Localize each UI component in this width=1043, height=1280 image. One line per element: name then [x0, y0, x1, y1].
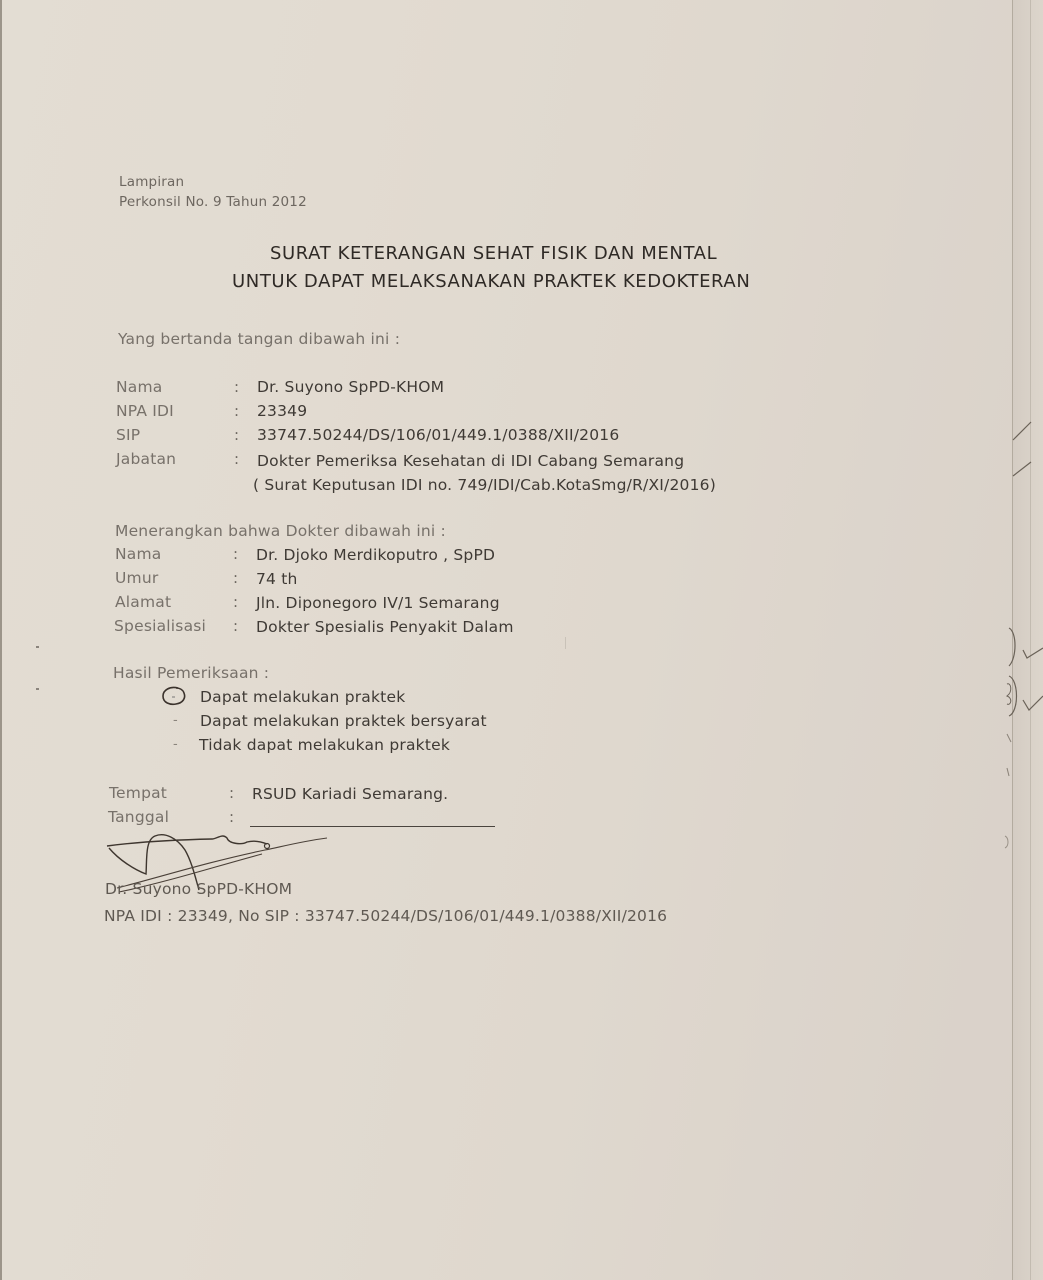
signer-npa-label: NPA IDI	[116, 402, 174, 420]
colon: :	[233, 545, 238, 563]
place-label: Tempat	[109, 784, 167, 802]
paper-speck	[565, 637, 566, 649]
paper-speck	[36, 688, 39, 690]
bullet: -	[173, 737, 178, 752]
colon: :	[234, 426, 239, 444]
colon: :	[234, 450, 239, 468]
document-title-line1: SURAT KETERANGAN SEHAT FISIK DAN MENTAL	[270, 243, 717, 264]
subject-name-value: Dr. Djoko Merdikoputro , SpPD	[256, 546, 495, 564]
subject-name-label: Nama	[115, 545, 162, 563]
margin-pen-marks-icon	[1003, 400, 1043, 860]
attachment-label: Lampiran	[119, 174, 184, 190]
colon: :	[233, 593, 238, 611]
intro-text: Yang bertanda tangan dibawah ini :	[118, 330, 400, 348]
subject-intro: Menerangkan bahwa Dokter dibawah ini :	[115, 522, 446, 540]
subject-specialty-value: Dokter Spesialis Penyakit Dalam	[256, 618, 514, 636]
bullet: -	[173, 713, 178, 728]
date-blank-line	[250, 826, 495, 827]
signer-sip-label: SIP	[116, 426, 140, 444]
subject-specialty-label: Spesialisasi	[114, 617, 206, 635]
colon: :	[233, 569, 238, 587]
regulation-reference: Perkonsil No. 9 Tahun 2012	[119, 194, 307, 210]
colon: :	[234, 402, 239, 420]
result-option-cannot-practice: Tidak dapat melakukan praktek	[199, 736, 450, 754]
date-label: Tanggal	[108, 808, 169, 826]
document-page: Lampiran Perkonsil No. 9 Tahun 2012 SURA…	[0, 0, 1014, 1280]
signature-credentials: NPA IDI : 23349, No SIP : 33747.50244/DS…	[104, 907, 667, 925]
signer-position-note: ( Surat Keputusan IDI no. 749/IDI/Cab.Ko…	[253, 476, 716, 494]
subject-age-label: Umur	[115, 569, 158, 587]
result-option-can-practice: Dapat melakukan praktek	[200, 688, 405, 706]
colon: :	[233, 617, 238, 635]
colon: :	[234, 378, 239, 396]
signer-position-label: Jabatan	[116, 450, 176, 468]
result-heading: Hasil Pemeriksaan :	[113, 664, 269, 682]
signer-name-label: Nama	[116, 378, 163, 396]
place-value: RSUD Kariadi Semarang.	[252, 785, 448, 803]
signer-sip-value: 33747.50244/DS/106/01/449.1/0388/XII/201…	[257, 426, 619, 444]
signer-npa-value: 23349	[257, 402, 307, 420]
colon: :	[229, 784, 234, 802]
colon: :	[229, 808, 234, 826]
subject-address-label: Alamat	[115, 593, 171, 611]
paper-speck	[36, 646, 39, 648]
result-option-conditional: Dapat melakukan praktek bersyarat	[200, 712, 487, 730]
signature-name: Dr. Suyono SpPD-KHOM	[105, 880, 292, 898]
document-title-line2: UNTUK DAPAT MELAKSANAKAN PRAKTEK KEDOKTE…	[232, 271, 750, 292]
subject-age-value: 74 th	[256, 570, 298, 588]
signer-position-value: Dokter Pemeriksa Kesehatan di IDI Cabang…	[257, 452, 684, 470]
subject-address-value: Jln. Diponegoro IV/1 Semarang	[256, 594, 500, 612]
circle-mark-icon	[160, 685, 188, 707]
signer-name-value: Dr. Suyono SpPD-KHOM	[257, 378, 444, 396]
